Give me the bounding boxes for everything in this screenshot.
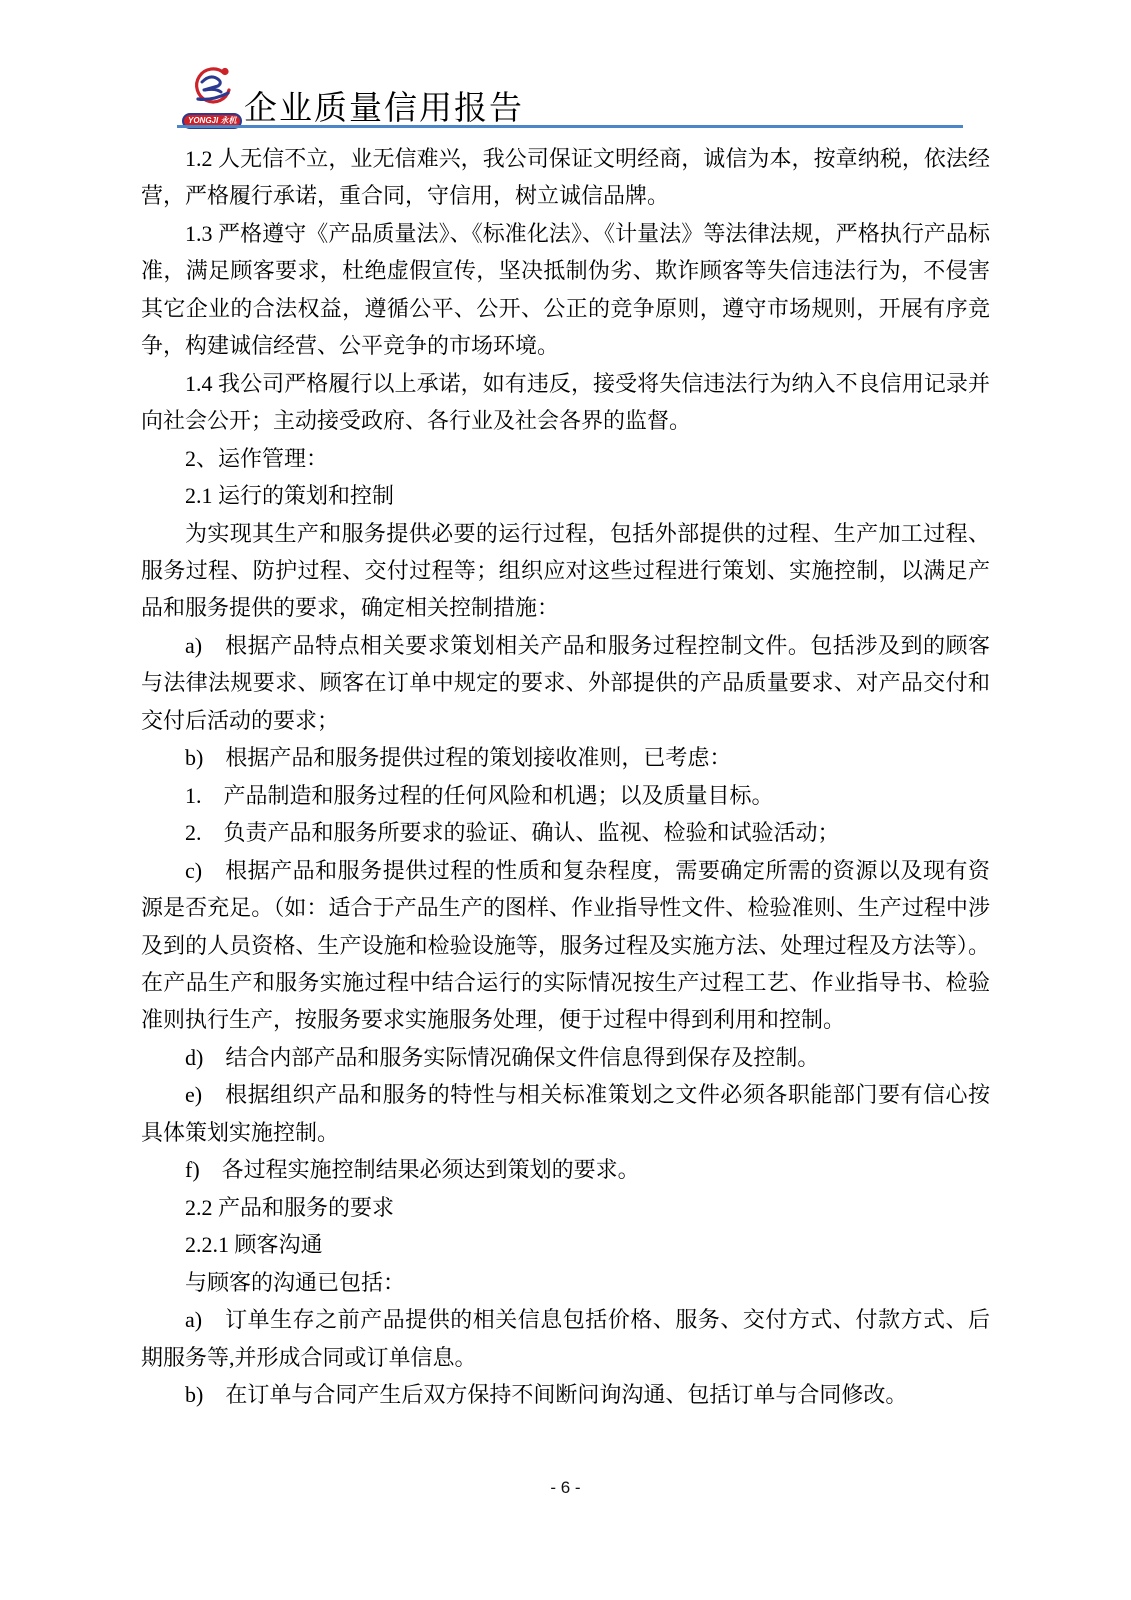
heading-2-2-1: 2.2.1 顾客沟通 bbox=[141, 1226, 990, 1263]
yongji-logo: YONGJI 永机 bbox=[182, 66, 240, 129]
paragraph-comm: 与顾客的沟通已包括： bbox=[141, 1264, 990, 1301]
list-item-1: 1. 产品制造和服务过程的任何风险和机遇；以及质量目标。 bbox=[141, 777, 990, 814]
list-item-f: f) 各过程实施控制结果必须达到策划的要求。 bbox=[141, 1151, 990, 1188]
yongji-emblem-icon bbox=[188, 66, 234, 110]
paragraph-1-2: 1.2 人无信不立，业无信难兴，我公司保证文明经商，诚信为本，按章纳税，依法经营… bbox=[141, 140, 990, 215]
list-item-2: 2. 负责产品和服务所要求的验证、确认、监视、检验和试验活动； bbox=[141, 814, 990, 851]
document-body: 1.2 人无信不立，业无信难兴，我公司保证文明经商，诚信为本，按章纳税，依法经营… bbox=[141, 140, 990, 1413]
list-item-a2: a) 订单生存之前产品提供的相关信息包括价格、服务、交付方式、付款方式、后期服务… bbox=[141, 1301, 990, 1376]
paragraph-1-4: 1.4 我公司严格履行以上承诺，如有违反，接受将失信违法行为纳入不良信用记录并向… bbox=[141, 365, 990, 440]
header-rule bbox=[177, 125, 963, 128]
page-number: - 6 - bbox=[550, 1478, 580, 1497]
list-item-b2: b) 在订单与合同产生后双方保持不间断问询沟通、包括订单与合同修改。 bbox=[141, 1376, 990, 1413]
page-footer: - 6 - bbox=[0, 1478, 1131, 1498]
page-title: 企业质量信用报告 bbox=[244, 82, 524, 129]
list-item-d: d) 结合内部产品和服务实际情况确保文件信息得到保存及控制。 bbox=[141, 1039, 990, 1076]
paragraph-intro: 为实现其生产和服务提供必要的运行过程，包括外部提供的过程、生产加工过程、服务过程… bbox=[141, 515, 990, 627]
paragraph-1-3: 1.3 严格遵守《产品质量法》、《标准化法》、《计量法》等法律法规，严格执行产品… bbox=[141, 215, 990, 365]
heading-2-2: 2.2 产品和服务的要求 bbox=[141, 1189, 990, 1226]
list-item-e: e) 根据组织产品和服务的特性与相关标准策划之文件必须各职能部门要有信心按具体策… bbox=[141, 1076, 990, 1151]
list-item-c: c) 根据产品和服务提供过程的性质和复杂程度，需要确定所需的资源以及现有资源是否… bbox=[141, 852, 990, 1039]
list-item-a: a) 根据产品特点相关要求策划相关产品和服务过程控制文件。包括涉及到的顾客与法律… bbox=[141, 627, 990, 739]
list-item-b: b) 根据产品和服务提供过程的策划接收准则，已考虑： bbox=[141, 739, 990, 776]
report-page: YONGJI 永机 企业质量信用报告 1.2 人无信不立，业无信难兴，我公司保证… bbox=[0, 0, 1131, 1600]
heading-2-1: 2.1 运行的策划和控制 bbox=[141, 477, 990, 514]
heading-2: 2、运作管理： bbox=[141, 440, 990, 477]
